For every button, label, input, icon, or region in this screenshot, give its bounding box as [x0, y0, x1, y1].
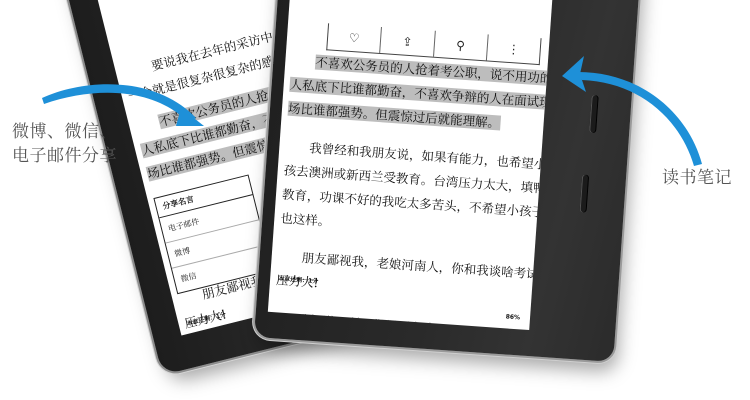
arrow-notes-icon [560, 52, 710, 172]
front-device-screen: ♡ ⇪ ⚲ ⋮ 不喜欢公务员的人抢着考公职，说不用功的 人私底下比谁都勤奋，不喜… [268, 0, 558, 330]
front-reading-text: 不喜欢公务员的人抢着考公职，说不用功的 人私底下比谁都勤奋，不喜欢争辩的人在面试… [268, 48, 548, 330]
more-icon[interactable]: ⋮ [487, 34, 541, 64]
caption-share-line2: 电子邮件分享 [12, 144, 117, 168]
heart-icon[interactable]: ♡ [327, 23, 382, 53]
search-icon[interactable]: ⚲ [434, 31, 489, 61]
caption-share-line1: 微博、微信、 [12, 120, 117, 144]
page-turn-button-down[interactable] [580, 174, 590, 212]
promo-stage: 要说我在去年的采访中 一个就是很复杂很复杂的感觉 不喜欢公务员的人抢着考 人私底… [0, 0, 750, 400]
share-icon[interactable]: ⇪ [380, 27, 435, 57]
caption-share: 微博、微信、 电子邮件分享 [12, 120, 117, 168]
reading-progress-percent: 86% [505, 313, 520, 321]
caption-reading-notes: 读书笔记 [662, 166, 732, 190]
